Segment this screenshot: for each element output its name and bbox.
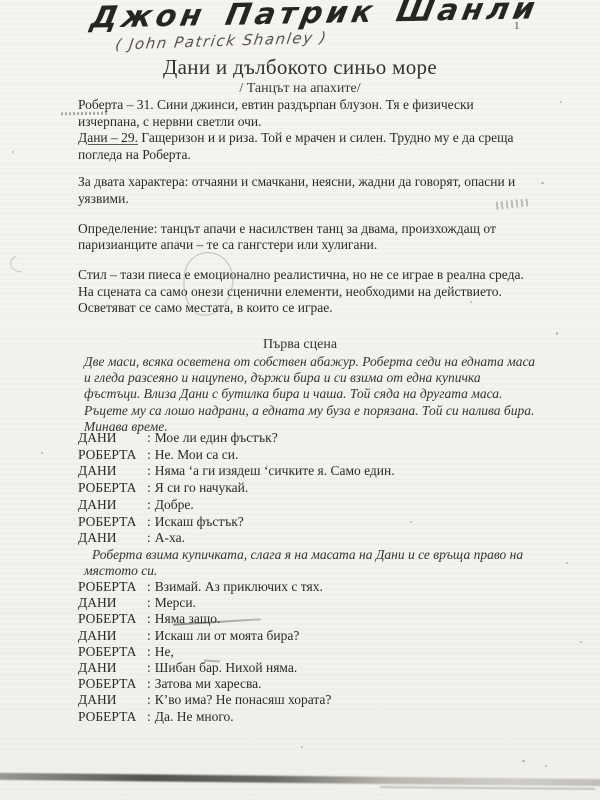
dialogue-line: РОБЕРТА:Не. Мои са си. bbox=[78, 447, 548, 464]
character-note-lead: Дани – 29. bbox=[78, 130, 138, 145]
dialogue-text: Искаш фъстък? bbox=[151, 514, 244, 529]
dialogue-speaker: ДАНИ bbox=[78, 463, 147, 480]
scan-speck bbox=[301, 746, 303, 748]
dialogue-speaker: ДАНИ bbox=[78, 660, 147, 676]
dialogue-line: РОБЕРТА:Искаш фъстък? bbox=[78, 514, 548, 531]
dialogue-line: ДАНИ:Добре. bbox=[78, 497, 548, 514]
dialogue-line: ДАНИ:А-ха. bbox=[78, 530, 548, 547]
dialogue-text: Мое ли един фъстък? bbox=[151, 430, 278, 445]
character-note: Роберта – 31. Сини джинси, евтин раздърп… bbox=[78, 97, 536, 130]
dialogue-speaker: РОБЕРТА bbox=[78, 644, 147, 660]
page-title: Дани и дълбокото синьо море bbox=[0, 55, 600, 80]
dialogue-speaker: РОБЕРТА bbox=[78, 709, 147, 725]
dialogue-block-1: ДАНИ:Мое ли един фъстък? РОБЕРТА:Не. Мои… bbox=[78, 430, 548, 547]
dialogue-speaker: РОБЕРТА bbox=[78, 676, 147, 692]
dialogue-text: Добре. bbox=[151, 497, 194, 512]
dialogue-text: Взимай. Аз приключих с тях. bbox=[151, 579, 323, 594]
dialogue-line: РОБЕРТА:Няма защо. bbox=[78, 611, 548, 627]
dialogue-line: РОБЕРТА:Затова ми харесва. bbox=[78, 676, 548, 692]
dialogue-line: ДАНИ:Искаш ли от моята бира? bbox=[78, 628, 548, 644]
dialogue-line: ДАНИ:Мое ли един фъстък? bbox=[78, 430, 548, 447]
dialogue-text: К’во има? Не понасяш хората? bbox=[151, 692, 332, 707]
dialogue-text: Мерси. bbox=[151, 595, 196, 610]
intro-paragraph: За двата характера: отчаяни и смачкани, … bbox=[78, 174, 536, 207]
scan-edge-streak bbox=[0, 773, 600, 786]
scan-speck bbox=[12, 151, 14, 153]
dialogue-speaker: ДАНИ bbox=[78, 595, 147, 611]
intro-paragraphs: За двата характера: отчаяни и смачкани, … bbox=[78, 174, 536, 330]
pencil-margin-curve bbox=[7, 253, 31, 276]
dialogue-speaker: ДАНИ bbox=[78, 628, 147, 644]
dialogue-text: Я си го начукай. bbox=[151, 480, 248, 495]
dialogue-block-2: РОБЕРТА:Взимай. Аз приключих с тях. ДАНИ… bbox=[78, 579, 548, 725]
character-note: Дани – 29. Гащеризон и и риза. Той е мра… bbox=[78, 130, 536, 163]
dialogue-text: Не. Мои са си. bbox=[151, 447, 239, 462]
dialogue-text: Искаш ли от моята бира? bbox=[151, 628, 300, 643]
scan-speck bbox=[560, 101, 562, 103]
scan-speck bbox=[541, 182, 544, 184]
character-note-lead: Роберта – 31. bbox=[78, 97, 154, 112]
intro-paragraph: Определение: танцът апачи е насилствен т… bbox=[78, 221, 536, 254]
scanned-script-page: Джон Патрик Шанли ( John Patrick Shanley… bbox=[0, 0, 600, 800]
dialogue-text: Затова ми харесва. bbox=[151, 676, 262, 691]
scene-heading: Първа сцена bbox=[0, 337, 600, 353]
dialogue-speaker: ДАНИ bbox=[78, 430, 147, 447]
dialogue-speaker: ДАНИ bbox=[78, 692, 147, 708]
dialogue-speaker: ДАНИ bbox=[78, 530, 147, 547]
dialogue-speaker: РОБЕРТА bbox=[78, 447, 147, 464]
stage-direction-middle: Роберта взима купичката, слага я на маса… bbox=[84, 547, 536, 579]
character-notes: Роберта – 31. Сини джинси, евтин раздърп… bbox=[78, 97, 536, 163]
intro-paragraph: Стил – тази пиеса е емоционално реалисти… bbox=[78, 267, 536, 317]
page-subtitle: / Танцът на апахите/ bbox=[0, 81, 600, 97]
dialogue-speaker: ДАНИ bbox=[78, 497, 147, 514]
page-number: 1 bbox=[514, 20, 520, 32]
scan-speck bbox=[566, 562, 568, 564]
dialogue-line: ДАНИ:К’во има? Не понасяш хората? bbox=[78, 692, 548, 708]
dialogue-text: Шибан бар. Нихой няма. bbox=[151, 660, 297, 675]
dialogue-line: РОБЕРТА:Да. Не много. bbox=[78, 709, 548, 725]
stage-direction-opening: Две маси, всяка осветена от собствен аба… bbox=[84, 354, 536, 435]
dialogue-text: Да. Не много. bbox=[151, 709, 234, 724]
dialogue-text: Няма защо. bbox=[151, 611, 221, 626]
scan-speck bbox=[580, 641, 582, 643]
dialogue-text: А-ха. bbox=[151, 530, 185, 545]
dialogue-line: ДАНИ:Няма ‘а ги изядеш ‘сичките я. Само … bbox=[78, 463, 548, 480]
character-note-rest: Гащеризон и и риза. Той е мрачен и силен… bbox=[78, 130, 514, 162]
dialogue-speaker: РОБЕРТА bbox=[78, 514, 147, 531]
dialogue-line: РОБЕРТА:Не, bbox=[78, 644, 548, 660]
dialogue-speaker: РОБЕРТА bbox=[78, 579, 147, 595]
dialogue-line: РОБЕРТА:Взимай. Аз приключих с тях. bbox=[78, 579, 548, 595]
dialogue-speaker: РОБЕРТА bbox=[78, 611, 147, 627]
scan-speck bbox=[556, 332, 558, 335]
dialogue-line: РОБЕРТА:Я си го начукай. bbox=[78, 480, 548, 497]
dialogue-text: Няма ‘а ги изядеш ‘сичките я. Само един. bbox=[151, 463, 395, 478]
scan-edge-streak-right bbox=[380, 786, 595, 790]
scan-speck bbox=[545, 765, 547, 767]
dialogue-line: ДАНИ:Шибан бар. Нихой няма. bbox=[78, 660, 548, 676]
scan-speck bbox=[522, 760, 525, 762]
dialogue-speaker: РОБЕРТА bbox=[78, 480, 147, 497]
scan-speck bbox=[41, 452, 43, 454]
dialogue-text: Не, bbox=[151, 644, 174, 659]
dialogue-line: ДАНИ:Мерси. bbox=[78, 595, 548, 611]
